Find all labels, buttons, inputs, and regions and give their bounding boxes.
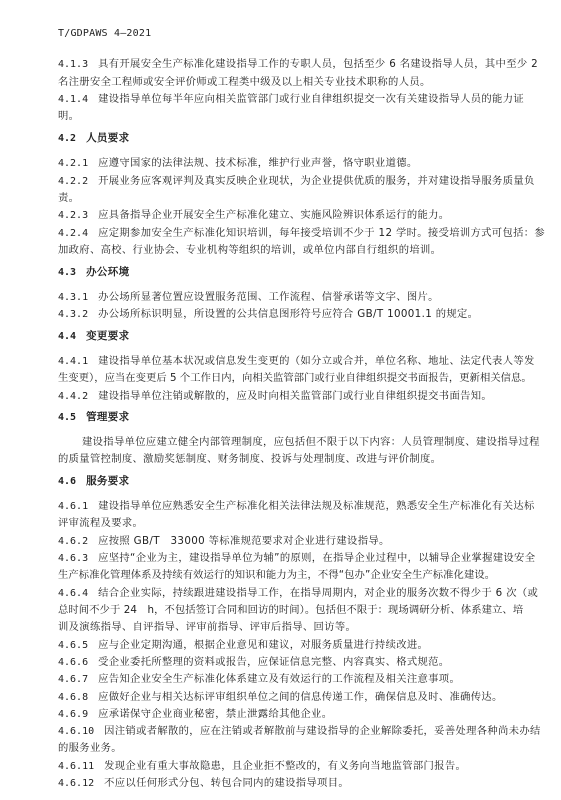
clause-4-6-1-cont: 评审流程及要求。 bbox=[58, 516, 143, 530]
clause-4-6-4-cont: 总时间不少于 24 h，不包括签订合同和回访的时间）。包括但不限于：现场调研分析… bbox=[58, 603, 523, 617]
clause-4-3-1: 4.3.1办公场所显著位置应设置服务范围、工作流程、信誉承诺等文字、图片。 bbox=[58, 290, 439, 305]
clause-4-1-3: 4.1.3具有开展安全生产标准化建设指导工作的专职人员，包括至少 6 名建设指导… bbox=[58, 57, 538, 72]
clause-4-4-1: 4.4.1建设指导单位基本状况或信息发生变更的（如分立或合并，单位名称、地址、法… bbox=[58, 354, 535, 369]
clause-4-6-2: 4.6.2应按照 GB/T 33000 等标准规范要求对企业进行建设指导。 bbox=[58, 534, 390, 549]
section-heading-4-5: 4.5管理要求 bbox=[58, 410, 129, 425]
clause-4-6-4-cont2: 训及演练指导、自评指导、评审前指导、评审后指导、回访等。 bbox=[58, 620, 356, 634]
clause-4-3-2: 4.3.2办公场所标识明显，所设置的公共信息图形符号应符合 GB/T 10001… bbox=[58, 307, 478, 322]
clause-4-2-4-cont: 加政府、高校、行业协会、专业机构等组织的培训，或单位内部自行组织的培训。 bbox=[58, 243, 441, 257]
section-heading-4-4: 4.4变更要求 bbox=[58, 329, 129, 344]
clause-4-1-4-cont: 明。 bbox=[58, 109, 79, 123]
section-heading-4-2: 4.2人员要求 bbox=[58, 131, 129, 146]
clause-4-6-4: 4.6.4结合企业实际，持续跟进建设指导工作，在指导周期内，对企业的服务次数不得… bbox=[58, 586, 538, 601]
clause-4-6-8: 4.6.8应做好企业与相关达标评审组织单位之间的信息传递工作，确保信息及时、准确… bbox=[58, 690, 503, 705]
clause-4-6-1: 4.6.1建设指导单位应熟悉安全生产标准化相关法律法规及标准规范，熟悉安全生产标… bbox=[58, 499, 535, 514]
section-heading-4-3: 4.3办公环境 bbox=[58, 265, 129, 280]
clause-4-6-7: 4.6.7应告知企业安全生产标准化体系建立及有效运行的工作流程及相关注意事项。 bbox=[58, 672, 460, 687]
clause-4-6-5: 4.6.5应与企业定期沟通，根据企业意见和建议，对服务质量进行持续改进。 bbox=[58, 638, 428, 653]
clause-4-6-3-cont: 生产标准化管理体系及持续有效运行的知识和能力为主，不得“包办”企业安全生产标准化… bbox=[58, 568, 495, 582]
clause-4-6-6: 4.6.6受企业委托所整理的资料或报告，应保证信息完整、内容真实、格式规范。 bbox=[58, 655, 449, 670]
clause-4-2-1: 4.2.1应遵守国家的法律法规、技术标准，维护行业声誉，恪守职业道德。 bbox=[58, 156, 418, 171]
clause-4-4-1-cont: 生变更），应当在变更后 5 个工作日内，向相关监管部门或行业自律组织提交书面报告… bbox=[58, 371, 532, 385]
clause-4-4-2: 4.4.2建设指导单位注销或解散的，应及时向相关监管部门或行业自律组织提交书面告… bbox=[58, 389, 492, 404]
clause-4-2-4: 4.2.4应定期参加安全生产标准化知识培训，每年接受培训不少于 12 学时。接受… bbox=[58, 226, 545, 241]
document-code: T/GDPAWS 4—2021 bbox=[58, 28, 151, 39]
document-page: T/GDPAWS 4—2021 4.1.3具有开展安全生产标准化建设指导工作的专… bbox=[0, 0, 561, 800]
clause-4-1-3-cont: 名注册安全工程师或安全评价师或工程类中级及以上相关专业技术职称的人员。 bbox=[58, 75, 431, 89]
clause-4-1-4: 4.1.4建设指导单位每半年应向相关监管部门或行业自律组织提交一次有关建设指导人… bbox=[58, 92, 524, 107]
clause-4-2-2-cont: 责。 bbox=[58, 191, 79, 205]
management-paragraph: 建设指导单位应建立健全内部管理制度，应包括但不限于以下内容：人员管理制度、建设指… bbox=[82, 435, 540, 449]
clause-4-6-3: 4.6.3应坚持“企业为主，建设指导单位为辅”的原则，在指导企业过程中，以辅导企… bbox=[58, 551, 535, 566]
clause-4-2-3: 4.2.3应具备指导企业开展安全生产标准化建立、实施风险辨识体系运行的能力。 bbox=[58, 208, 449, 223]
clause-4-6-9: 4.6.9应承诺保守企业商业秘密，禁止泄露给其他企业。 bbox=[58, 707, 332, 722]
clause-4-2-2: 4.2.2开展业务应客观评判及真实反映企业现状，为企业提供优质的服务，并对建设指… bbox=[58, 174, 535, 189]
management-paragraph-cont: 的质量管控制度、激励奖惩制度、财务制度、投诉与处理制度、改进与评价制度。 bbox=[58, 452, 441, 466]
section-heading-4-6: 4.6服务要求 bbox=[58, 474, 129, 489]
